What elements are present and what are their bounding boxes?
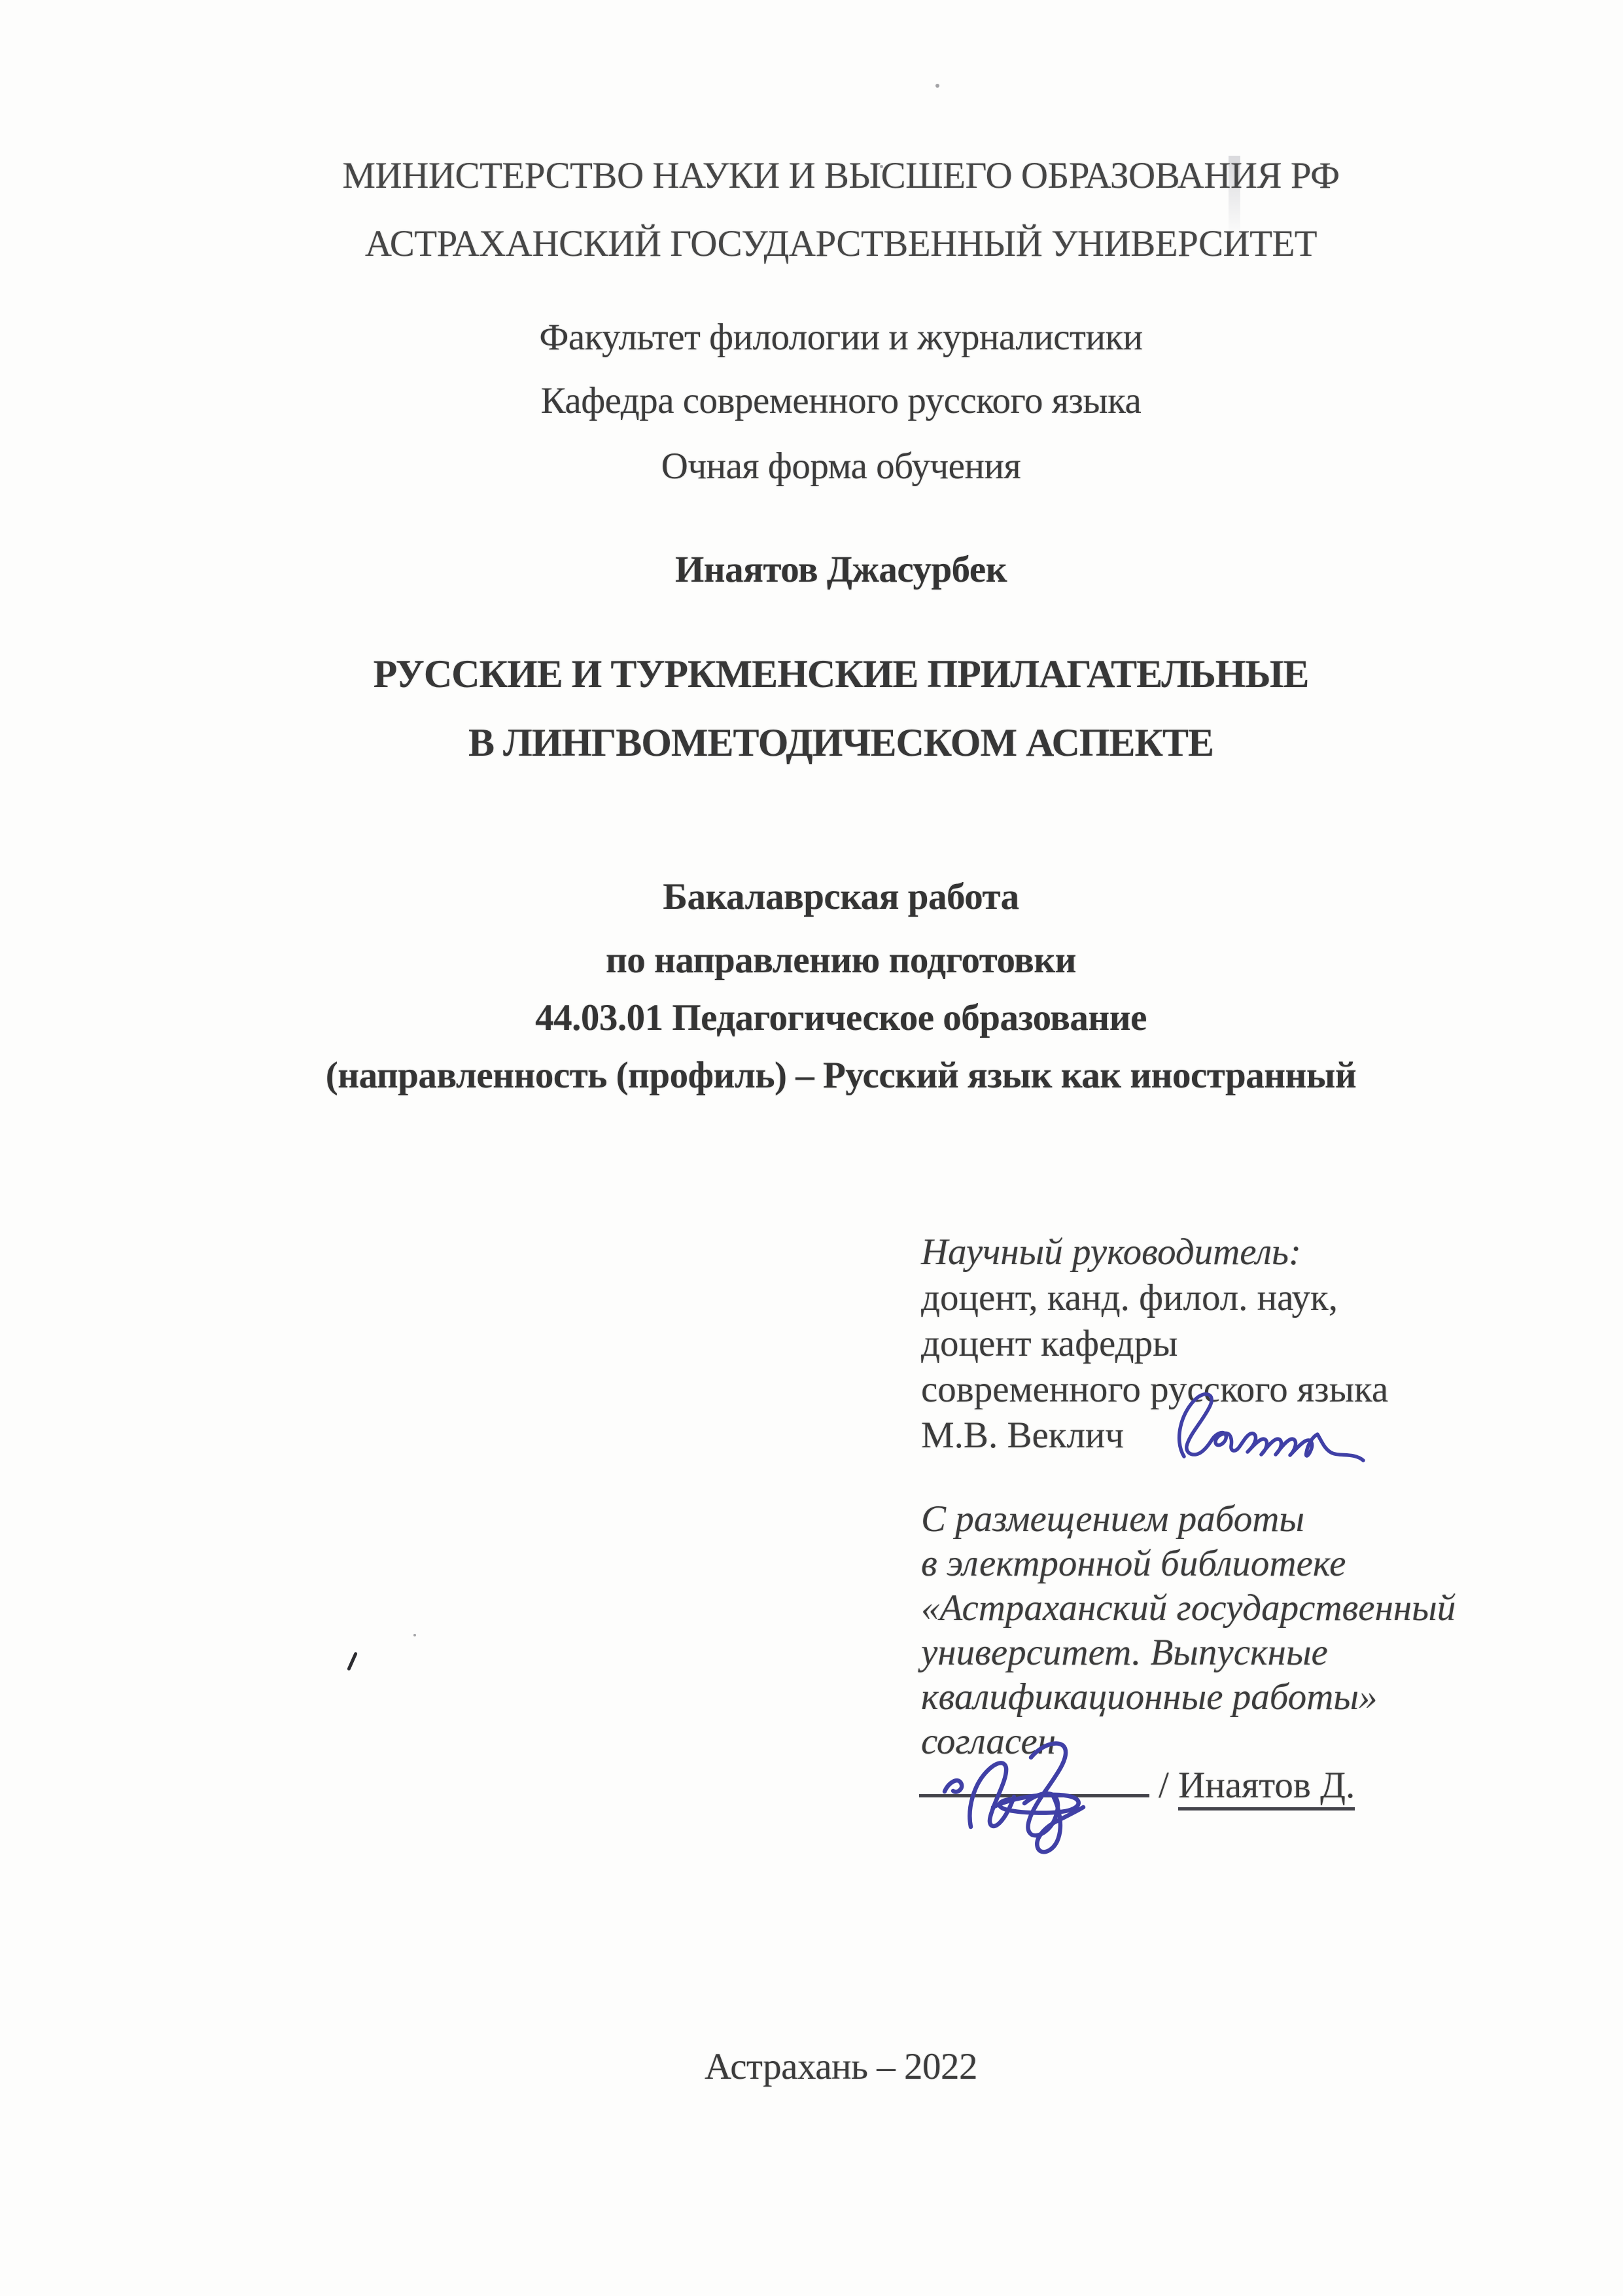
supervisor-signature [1166,1379,1382,1481]
profile-line: (направленность (профиль) – Русский язык… [59,1057,1623,1094]
scan-speck [413,1634,416,1636]
supervisor-degree-line-1: доцент, канд. филол. наук, [921,1275,1497,1321]
work-type-line: Бакалаврская работа [59,878,1623,915]
consent-line-3: «Астраханский государственный [921,1586,1497,1631]
thesis-title-page: МИНИСТЕРСТВО НАУКИ И ВЫСШЕГО ОБРАЗОВАНИЯ… [0,0,1623,2296]
author-name: Инаятов Джасурбек [59,551,1623,588]
consent-line-1: С размещением работы [921,1497,1497,1542]
signed-name: Инаятов Д. [1178,1765,1355,1810]
direction-intro-line: по направлению подготовки [59,942,1623,979]
thesis-title-line-1: РУССКИЕ И ТУРКМЕНСКИЕ ПРИЛАГАТЕЛЬНЫЕ [59,654,1623,694]
direction-code-line: 44.03.01 Педагогическое образование [59,999,1623,1036]
ministry-line: МИНИСТЕРСТВО НАУКИ И ВЫСШЕГО ОБРАЗОВАНИЯ… [59,157,1623,194]
university-line: АСТРАХАНСКИЙ ГОСУДАРСТВЕННЫЙ УНИВЕРСИТЕТ [59,225,1623,262]
student-signature-strokes [945,1743,1083,1852]
consent-block: С размещением работы в электронной библи… [921,1497,1497,1764]
consent-line-2: в электронной библиотеке [921,1542,1497,1586]
stray-pen-mark [347,1651,358,1670]
student-signature [934,1727,1130,1865]
consent-line-5: квалификационные работы» [921,1675,1497,1720]
supervisor-signature-stroke [1179,1394,1363,1460]
city-year-line: Астрахань – 2022 [59,2048,1623,2085]
study-form-line: Очная форма обучения [59,448,1623,485]
thesis-title-line-2: В ЛИНГВОМЕТОДИЧЕСКОМ АСПЕКТЕ [59,723,1623,762]
faculty-line: Факультет филологии и журналистики [59,319,1623,356]
supervisor-heading: Научный руководитель: [921,1229,1497,1275]
department-line: Кафедра современного русского языка [59,382,1623,419]
signature-slash: / [1159,1765,1169,1806]
supervisor-degree-line-2: доцент кафедры [921,1321,1497,1367]
consent-line-4: университет. Выпускные [921,1631,1497,1675]
scan-speck [935,84,939,88]
